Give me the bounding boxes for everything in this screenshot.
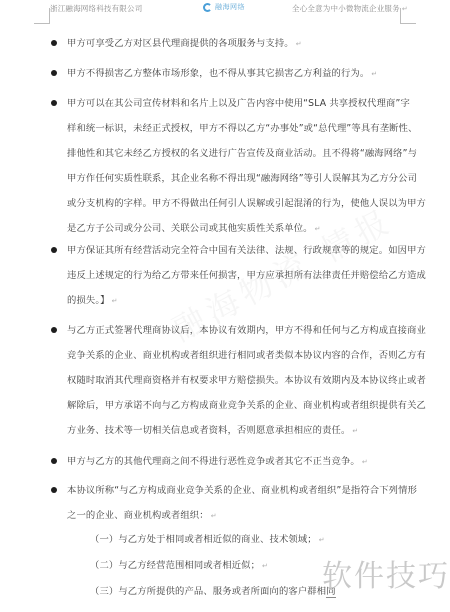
paragraph-line: 本协议所称“与乙方构成商业竞争关系的企业、商业机构或者组织”是指符合下列情形 (67, 478, 403, 503)
paragraph-line: 的损失。】↵ (67, 288, 403, 313)
paragraph-line: 甲方与乙方的其他代理商之间不得进行恶性竞争或者其它不正当竞争。↵ (67, 449, 403, 474)
header-corner-mark-left (34, 8, 50, 24)
corner-watermark: 软件技巧 (322, 551, 450, 595)
paragraph-line: 方业务、技术等一切相关信息或者资料，否则愿意承担相应的责任。↵ (67, 418, 403, 443)
paragraph-line: 甲方作任何实质性联系，其企业名称不得出现“融海网络”等引人误解其为乙方分公司 (67, 166, 403, 191)
bullet-paragraph: 甲方可享受乙方对区县代理商提供的各项服务与支持。↵ (67, 31, 403, 56)
sub-list-item: （一）与乙方处于相同或者相近似的商业、技术领域；↵ (90, 527, 325, 552)
bullet-paragraph: 甲方与乙方的其他代理商之间不得进行恶性竞争或者其它不正当竞争。↵ (67, 449, 403, 474)
bullet-paragraph: 甲方可以在其公司宣传材料和名片上以及广告内容中使用“SLA 共享授权代理商”字 … (67, 91, 403, 241)
brand-logo-icon (203, 3, 212, 12)
paragraph-line: 甲方可以在其公司宣传材料和名片上以及广告内容中使用“SLA 共享授权代理商”字 (67, 91, 403, 116)
paragraph-mark-icon: ↵ (262, 562, 268, 570)
paragraph-line: 排他性和其它未经乙方授权的名义进行广告宣传及商业活动。且不得将“融海网络”与 (67, 141, 403, 166)
bullet-icon (51, 327, 57, 333)
paragraph-line: 竞争关系的企业、商业机构或者组织进行相同或者类似本协议内容的合作，否则乙方有 (67, 343, 403, 368)
bullet-icon (51, 458, 57, 464)
logo-text: 融海网络 (215, 2, 245, 12)
header-slogan: 全心全意为中小微物流企业服务↵ (292, 3, 408, 14)
header-logo: 融海网络 (203, 2, 245, 12)
paragraph-line: 违反上述规定的行为给乙方带来任何损害，甲方应承担所有法律责任并赔偿给乙方造成 (67, 263, 403, 288)
paragraph-line: 样和统一标识，未经正式授权，甲方不得以乙方“办事处”或“总代理”等具有垄断性、 (67, 116, 403, 141)
bullet-icon (51, 247, 57, 253)
bullet-icon (51, 100, 57, 106)
paragraph-mark-icon: ↵ (296, 40, 302, 48)
paragraph-mark-icon: ↵ (319, 536, 325, 544)
paragraph-line: 与乙方正式签署代理商协议后，本协议有效期内，甲方不得和任何与乙方构成直接商业 (67, 318, 403, 343)
paragraph-line: 权随时取消其代理商资格并有权要求甲方赔偿损失。本协议有效期内及本协议终止或者 (67, 368, 403, 393)
paragraph-line: 甲方保证其所有经营活动完全符合中国有关法律、法规、行政规章等的规定。如因甲方 (67, 238, 403, 263)
bullet-paragraph: 甲方不得损害乙方整体市场形象，也不得从事其它损害乙方利益的行为。↵ (67, 61, 403, 86)
paragraph-mark-icon: ↵ (371, 70, 377, 78)
paragraph-mark-icon: ↵ (315, 225, 321, 233)
paragraph-line: 解除后，甲方承诺不向与乙方构成商业竞争关系的企业、商业机构或者组织提供有关乙 (67, 393, 403, 418)
header-company-name: 浙江融海网络科技有限公司 (50, 3, 142, 14)
document-page: 浙江融海网络科技有限公司 融海网络 全心全意为中小微物流企业服务↵ 融海物流 情… (0, 0, 450, 612)
bullet-paragraph: 与乙方正式签署代理商协议后，本协议有效期内，甲方不得和任何与乙方构成直接商业 竞… (67, 318, 403, 443)
paragraph-line: 甲方可享受乙方对区县代理商提供的各项服务与支持。↵ (67, 31, 403, 56)
sub-list-item: （三）与乙方所提供的产品、服务或者所面向的客户群相同 (90, 579, 336, 604)
bullet-icon (51, 487, 57, 493)
header-corner-mark-right (400, 8, 416, 24)
paragraph-mark-icon: ↵ (112, 297, 118, 305)
paragraph-line: 之一的企业、商业机构或者组织：↵ (67, 503, 403, 528)
paragraph-mark-icon: ↵ (211, 512, 217, 520)
paragraph-mark-icon: ↵ (352, 427, 358, 435)
page-header: 浙江融海网络科技有限公司 融海网络 全心全意为中小微物流企业服务↵ (0, 0, 450, 26)
bullet-icon (51, 40, 57, 46)
sub-list-item: （二）与乙方经营范围相同或者相近似；↵ (90, 553, 268, 578)
slogan-text: 全心全意为中小微物流企业服务 (292, 4, 400, 13)
bullet-paragraph: 甲方保证其所有经营活动完全符合中国有关法律、法规、行政规章等的规定。如因甲方 违… (67, 238, 403, 313)
paragraph-line: 或分支机构的字样。甲方不得做出任何引人误解或引起混淆的行为，使他人误以为甲方 (67, 191, 403, 216)
paragraph-line: 甲方不得损害乙方整体市场形象，也不得从事其它损害乙方利益的行为。↵ (67, 61, 403, 86)
paragraph-mark-icon: ↵ (362, 458, 368, 466)
bullet-icon (51, 70, 57, 76)
bullet-paragraph: 本协议所称“与乙方构成商业竞争关系的企业、商业机构或者组织”是指符合下列情形 之… (67, 478, 403, 528)
